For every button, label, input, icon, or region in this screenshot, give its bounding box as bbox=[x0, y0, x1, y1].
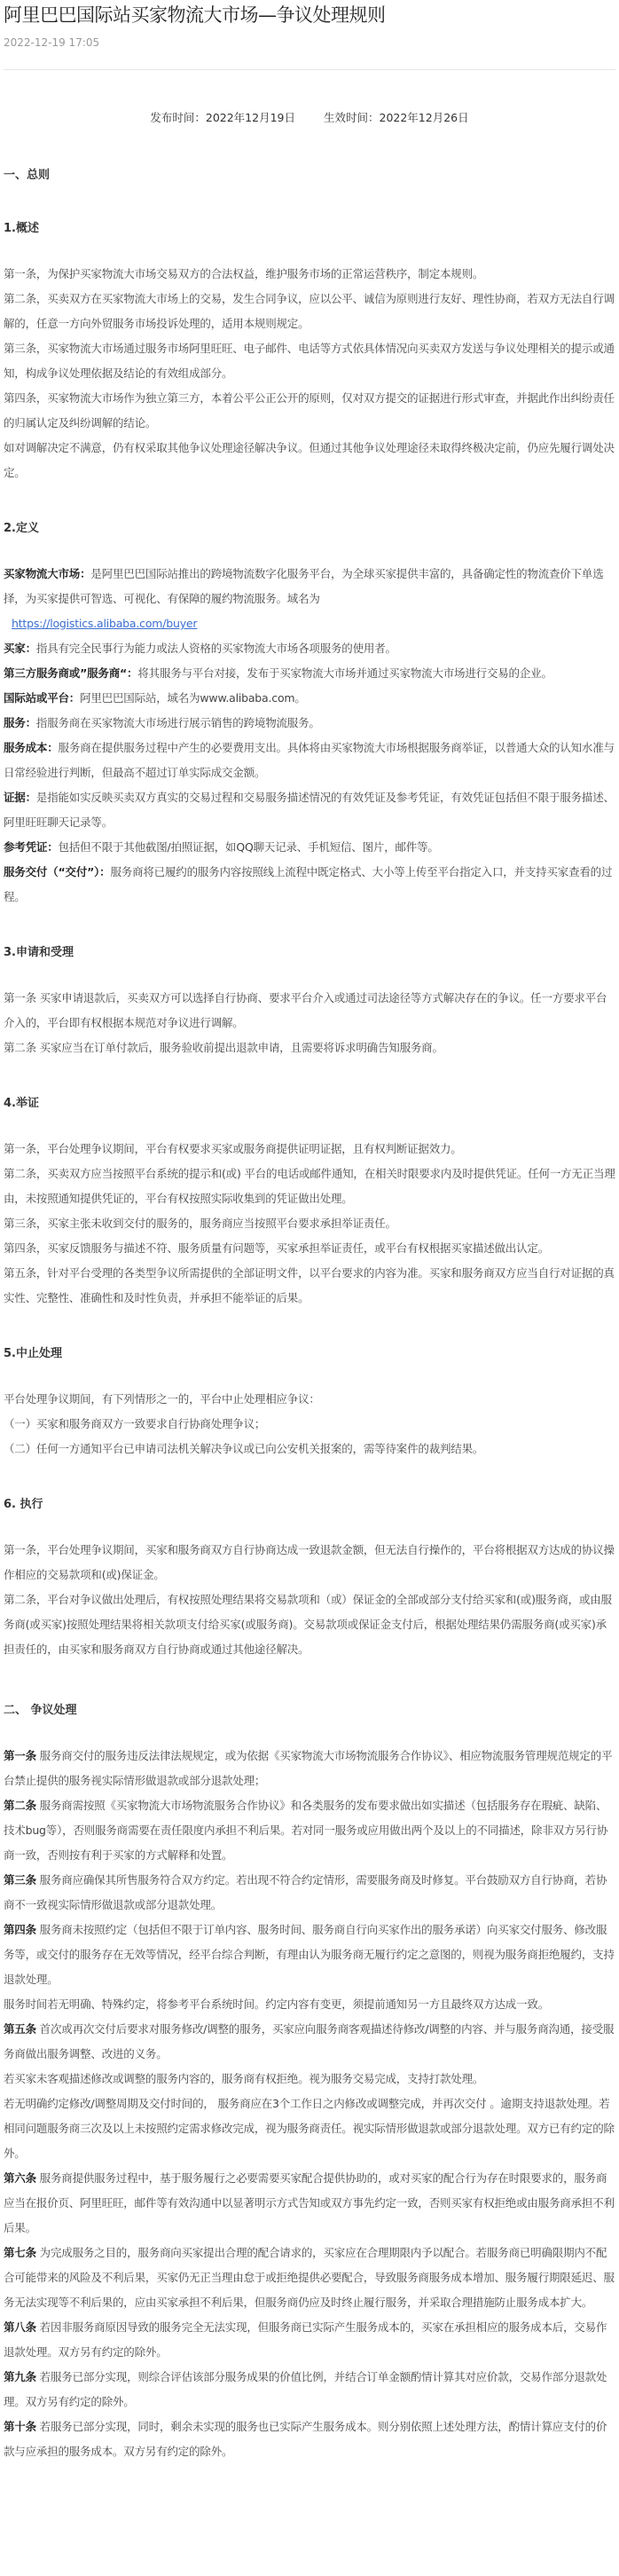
section-overview-title: 1.概述 bbox=[4, 219, 615, 239]
article-text: 为完成服务之目的，服务商向买家提出合理的配合请求的，买家应在合理期限内予以配合。… bbox=[4, 2246, 615, 2309]
dispute-article: 第四条 服务商未按照约定（包括但不限于订单内容、服务时间、服务商自行向买家作出的… bbox=[4, 1918, 615, 1992]
article-text: 首次或再次交付后要求对服务修改/调整的服务，买家应向服务商客观描述待修改/调整的… bbox=[4, 2022, 614, 2060]
dispute-article: 第二条 服务商需按照《买家物流大市场物流服务合作协议》和各类服务的发布要求做出如… bbox=[4, 1793, 615, 1868]
definition-text: 阿里巴巴国际站，域名为www.alibaba.com。 bbox=[80, 691, 306, 705]
release-date: 发布时间：2022年12月19日 bbox=[150, 111, 295, 124]
section-evidence-title: 4.举证 bbox=[4, 1094, 615, 1114]
article-text: 服务时间若无明确、特殊约定，将参考平台系统时间。约定内容有变更，须提前通知另一方… bbox=[4, 1997, 549, 2011]
suspension-item-1: （一）买家和服务商双方一致要求自行协商处理争议； bbox=[4, 1412, 615, 1437]
article-text: 服务商需按照《买家物流大市场物流服务合作协议》和各类服务的发布要求做出如实描述（… bbox=[4, 1799, 607, 1862]
rule-dates: 发布时间：2022年12月19日生效时间：2022年12月26日 bbox=[4, 109, 615, 127]
part-dispute-title: 二、 争议处理 bbox=[4, 1701, 615, 1721]
definition-term: 第三方服务商或”服务商“： bbox=[4, 666, 137, 680]
overview-article-3: 第三条，买家物流大市场通过服务市场阿里旺旺、电子邮件、电话等方式依具体情况向买卖… bbox=[4, 336, 615, 386]
article-number: 第二条 bbox=[4, 1799, 36, 1812]
effective-date: 生效时间：2022年12月26日 bbox=[324, 111, 469, 124]
definition-term: 证据： bbox=[4, 791, 36, 804]
logistics-link[interactable]: https://logistics.alibaba.com/buyer bbox=[12, 617, 197, 630]
definition-item: 证据：是指能如实反映买卖双方真实的交易过程和交易服务描述情况的有效凭证及参考凭证… bbox=[4, 785, 615, 835]
dispute-article: 第一条 服务商交付的服务违反法律法规规定，或为依据《买家物流大市场物流服务合作协… bbox=[4, 1744, 615, 1793]
article-number: 第一条 bbox=[4, 1749, 36, 1762]
definition-text: 服务商在提供服务过程中产生的必要费用支出。具体将由买家物流大市场根据服务商举证，… bbox=[4, 741, 615, 779]
definition-term: 服务交付（“交付”）： bbox=[4, 865, 110, 878]
definition-item: 服务：指服务商在买家物流大市场进行展示销售的跨境物流服务。 bbox=[4, 711, 615, 736]
dispute-article: 第十条 若服务已部分实现，同时，剩余未实现的服务也已实际产生服务成本。则分别依照… bbox=[4, 2415, 615, 2464]
definition-term: 买家物流大市场： bbox=[4, 567, 90, 580]
title-divider bbox=[4, 69, 615, 70]
article-text: 服务商交付的服务违反法律法规规定，或为依据《买家物流大市场物流服务合作协议》、相… bbox=[4, 1749, 612, 1787]
suspension-intro: 平台处理争议期间，有下列情形之一的，平台中止处理相应争议： bbox=[4, 1387, 615, 1412]
article-number: 第十条 bbox=[4, 2420, 36, 2433]
definition-item: 国际站或平台：阿里巴巴国际站，域名为www.alibaba.com。 bbox=[4, 686, 615, 711]
section-execution-title: 6. 执行 bbox=[4, 1495, 615, 1515]
evidence-article-5: 第五条，针对平台受理的各类型争议所需提供的全部证明文件，以平台要求的内容为准。买… bbox=[4, 1261, 615, 1311]
article-text: 若服务已部分实现，同时，剩余未实现的服务也已实际产生服务成本。则分别依照上述处理… bbox=[4, 2420, 607, 2458]
application-article-2: 第二条 买家应当在订单付款后，服务验收前提出退款申请，且需要将诉求明确告知服务商… bbox=[4, 1036, 615, 1060]
definition-text: 指具有完全民事行为能力或法人资格的买家物流大市场各项服务的使用者。 bbox=[36, 642, 396, 655]
article-number: 第五条 bbox=[4, 2022, 36, 2036]
article-number: 第三条 bbox=[4, 1873, 36, 1887]
bottom-spacer bbox=[4, 2464, 615, 2500]
section-definitions-title: 2.定义 bbox=[4, 519, 615, 539]
definition-item: 服务交付（“交付”）：服务商将已履约的服务内容按照线上流程中既定格式、大小等上传… bbox=[4, 860, 615, 910]
publish-timestamp: 2022-12-19 17:05 bbox=[4, 35, 615, 50]
definition-text: 将其服务与平台对接，发布于买家物流大市场并通过买家物流大市场进行交易的企业。 bbox=[137, 666, 552, 680]
article-page: 阿里巴巴国际站买家物流大市场—争议处理规则 2022-12-19 17:05 发… bbox=[0, 2, 619, 2500]
definition-text: 是指能如实反映买卖双方真实的交易过程和交易服务描述情况的有效凭证及参考凭证，有效… bbox=[4, 791, 615, 829]
article-text: 若无明确约定修改/调整周期及交付时间的， 服务商应在3个工作日之内修改或调整完成… bbox=[4, 2097, 615, 2160]
definition-term: 服务： bbox=[4, 716, 36, 729]
article-text: 服务商未按照约定（包括但不限于订单内容、服务时间、服务商自行向买家作出的服务承诺… bbox=[4, 1923, 615, 1986]
dispute-article: 若买家未客观描述修改或调整的服务内容的，服务商有权拒绝。视为服务交易完成，支持打… bbox=[4, 2067, 615, 2092]
execution-article-2: 第二条，平台对争议做出处理后，有权按照处理结果将交易款项和（或）保证金的全部或部… bbox=[4, 1587, 615, 1662]
overview-article-1: 第一条，为保护买家物流大市场交易双方的合法权益，维护服务市场的正常运营秩序，制定… bbox=[4, 262, 615, 287]
dispute-article: 第五条 首次或再次交付后要求对服务修改/调整的服务，买家应向服务商客观描述待修改… bbox=[4, 2017, 615, 2067]
article-number: 第六条 bbox=[4, 2171, 36, 2185]
overview-article-2: 第二条，买卖双方在买家物流大市场上的交易，发生合同争议，应以公平、诚信为原则进行… bbox=[4, 287, 615, 336]
definition-term: 参考凭证： bbox=[4, 840, 59, 854]
overview-article-4: 第四条，买家物流大市场作为独立第三方，本着公平公正公开的原则，仅对双方提交的证据… bbox=[4, 386, 615, 436]
dispute-article: 第七条 为完成服务之目的，服务商向买家提出合理的配合请求的，买家应在合理期限内予… bbox=[4, 2241, 615, 2315]
article-number: 第九条 bbox=[4, 2370, 36, 2383]
article-text: 若买家未客观描述修改或调整的服务内容的，服务商有权拒绝。视为服务交易完成，支持打… bbox=[4, 2072, 483, 2085]
definition-item: 参考凭证：包括但不限于其他截图/拍照证据，如QQ聊天记录、手机短信、图片，邮件等… bbox=[4, 835, 615, 860]
section-application-title: 3.申请和受理 bbox=[4, 943, 615, 963]
article-title: 阿里巴巴国际站买家物流大市场—争议处理规则 bbox=[4, 2, 615, 28]
dispute-article: 第八条 若因非服务商原因导致的服务完全无法实现，但服务商已实际产生服务成本的，买… bbox=[4, 2315, 615, 2365]
dispute-article: 第三条 服务商应确保其所售服务符合双方约定。若出现不符合约定情形，需要服务商及时… bbox=[4, 1868, 615, 1918]
evidence-article-2: 第二条，买卖双方应当按照平台系统的提示和(或) 平台的电话或邮件通知，在相关时限… bbox=[4, 1162, 615, 1211]
evidence-article-4: 第四条，买家反馈服务与描述不符、服务质量有问题等，买家承担举证责任，或平台有权根… bbox=[4, 1236, 615, 1261]
definition-term: 国际站或平台： bbox=[4, 691, 80, 705]
definition-text: 是阿里巴巴国际站推出的跨境物流数字化服务平台，为全球买家提供丰富的，具备确定性的… bbox=[4, 567, 604, 605]
article-number: 第四条 bbox=[4, 1923, 36, 1936]
dispute-article: 若无明确约定修改/调整周期及交付时间的， 服务商应在3个工作日之内修改或调整完成… bbox=[4, 2092, 615, 2166]
part-general-title: 一、总则 bbox=[4, 166, 615, 185]
article-text: 服务商应确保其所售服务符合双方约定。若出现不符合约定情形，需要服务商及时修复。平… bbox=[4, 1873, 607, 1911]
dispute-article: 服务时间若无明确、特殊约定，将参考平台系统时间。约定内容有变更，须提前通知另一方… bbox=[4, 1992, 615, 2017]
definition-term: 服务成本： bbox=[4, 741, 59, 754]
execution-article-1: 第一条，平台处理争议期间，买家和服务商双方自行协商达成一致退款金额，但无法自行操… bbox=[4, 1538, 615, 1587]
overview-note: 如对调解决定不满意，仍有权采取其他争议处理途径解决争议。但通过其他争议处理途径未… bbox=[4, 436, 615, 485]
definition-item: 买家物流大市场：是阿里巴巴国际站推出的跨境物流数字化服务平台，为全球买家提供丰富… bbox=[4, 562, 615, 636]
section-suspension-title: 5.中止处理 bbox=[4, 1344, 615, 1364]
evidence-article-1: 第一条，平台处理争议期间，平台有权要求买家或服务商提供证明证据，且有权判断证据效… bbox=[4, 1137, 615, 1162]
article-number: 第七条 bbox=[4, 2246, 36, 2259]
definition-item: 买家：指具有完全民事行为能力或法人资格的买家物流大市场各项服务的使用者。 bbox=[4, 636, 615, 661]
definition-item: 第三方服务商或”服务商“：将其服务与平台对接，发布于买家物流大市场并通过买家物流… bbox=[4, 661, 615, 686]
definition-text: 包括但不限于其他截图/拍照证据，如QQ聊天记录、手机短信、图片，邮件等。 bbox=[59, 840, 439, 854]
definition-term: 买家： bbox=[4, 642, 36, 655]
article-text: 服务商提供服务过程中，基于服务履行之必要需要买家配合提供协助的，或对买家的配合行… bbox=[4, 2171, 615, 2234]
dispute-article: 第六条 服务商提供服务过程中，基于服务履行之必要需要买家配合提供协助的，或对买家… bbox=[4, 2166, 615, 2241]
definition-item: 服务成本：服务商在提供服务过程中产生的必要费用支出。具体将由买家物流大市场根据服… bbox=[4, 736, 615, 785]
article-number: 第八条 bbox=[4, 2320, 36, 2334]
dispute-article: 第九条 若服务已部分实现，则综合评估该部分服务成果的价值比例，并结合订单金额酌情… bbox=[4, 2365, 615, 2415]
definition-text: 指服务商在买家物流大市场进行展示销售的跨境物流服务。 bbox=[36, 716, 320, 729]
suspension-item-2: （二）任何一方通知平台已申请司法机关解决争议或已向公安机关报案的，需等待案件的裁… bbox=[4, 1437, 615, 1461]
article-text: 若服务已部分实现，则综合评估该部分服务成果的价值比例，并结合订单金额酌情计算其对… bbox=[4, 2370, 607, 2408]
article-text: 若因非服务商原因导致的服务完全无法实现，但服务商已实际产生服务成本的，买家在承担… bbox=[4, 2320, 607, 2359]
evidence-article-3: 第三条，买家主张未收到交付的服务的，服务商应当按照平台要求承担举证责任。 bbox=[4, 1211, 615, 1236]
application-article-1: 第一条 买家申请退款后，买卖双方可以选择自行协商、要求平台介入或通过司法途径等方… bbox=[4, 986, 615, 1036]
